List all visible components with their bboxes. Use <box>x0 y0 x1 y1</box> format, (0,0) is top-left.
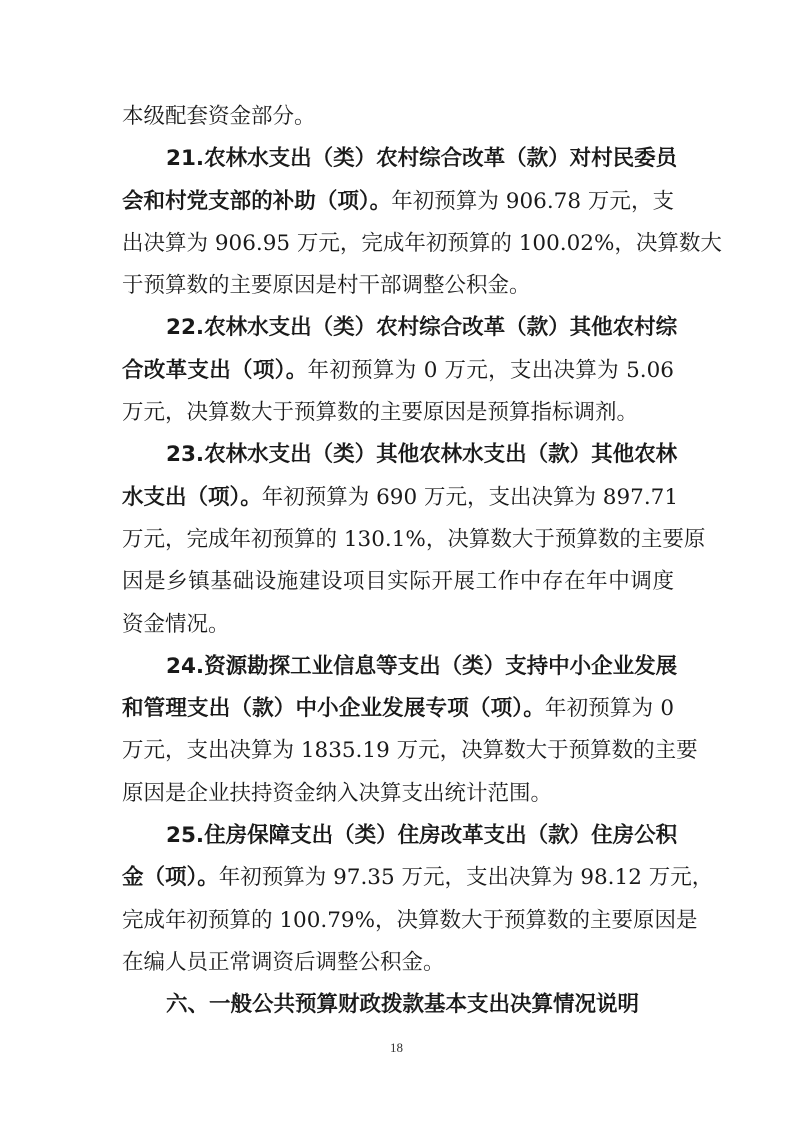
bold-heading: 和管理支出（款）中小企业发展专项（项）。 <box>122 696 545 721</box>
page-number: 18 <box>0 1040 793 1056</box>
item-25-title: 25.住房保障支出（类）住房改革支出（款）住房公积 <box>122 815 674 857</box>
text-line: 和管理支出（款）中小企业发展专项（项）。年初预算为 0 <box>122 688 674 730</box>
bold-heading: 合改革支出（项）。 <box>122 358 308 383</box>
text-line: 万元，完成年初预算的 130.1%，决算数大于预算数的主要原 <box>122 519 674 561</box>
bold-heading: 22.农林水支出（类）农村综合改革（款）其他农村综 <box>166 315 677 340</box>
bold-heading: 水支出（项）。 <box>122 485 262 510</box>
body-text: 年初预算为 0 <box>545 696 674 721</box>
text-line: 资金情况。 <box>122 604 674 646</box>
body-text: 年初预算为 0 万元，支出决算为 5.06 <box>308 358 674 383</box>
item-24-title: 24.资源勘探工业信息等支出（类）支持中小企业发展 <box>122 646 674 688</box>
bold-heading: 24.资源勘探工业信息等支出（类）支持中小企业发展 <box>166 654 677 679</box>
text-line: 金（项）。年初预算为 97.35 万元，支出决算为 98.12 万元， <box>122 857 674 899</box>
text-line: 出决算为 906.95 万元，完成年初预算的 100.02%，决算数大 <box>122 223 674 265</box>
body-text: 年初预算为 690 万元，支出决算为 897.71 <box>262 485 678 510</box>
text-line: 在编人员正常调资后调整公积金。 <box>122 942 674 984</box>
body-text: 年初预算为 97.35 万元，支出决算为 98.12 万元， <box>219 865 713 890</box>
item-21-title: 21.农林水支出（类）农村综合改革（款）对村民委员 <box>122 138 674 180</box>
text-line: 于预算数的主要原因是村干部调整公积金。 <box>122 265 674 307</box>
text-line: 会和村党支部的补助（项）。年初预算为 906.78 万元，支 <box>122 181 674 223</box>
bold-heading: 21.农林水支出（类）农村综合改革（款）对村民委员 <box>166 146 677 171</box>
text-line: 水支出（项）。年初预算为 690 万元，支出决算为 897.71 <box>122 477 674 519</box>
bold-heading: 23.农林水支出（类）其他农林水支出（款）其他农林 <box>166 442 677 467</box>
text-line: 因是乡镇基础设施建设项目实际开展工作中存在年中调度 <box>122 561 674 603</box>
text-line: 万元，决算数大于预算数的主要原因是预算指标调剂。 <box>122 392 674 434</box>
section-heading: 六、一般公共预算财政拨款基本支出决算情况说明 <box>122 984 674 1026</box>
document-page: 本级配套资金部分。 21.农林水支出（类）农村综合改革（款）对村民委员 会和村党… <box>122 96 674 1027</box>
text-line: 万元，支出决算为 1835.19 万元，决算数大于预算数的主要 <box>122 730 674 772</box>
bold-heading: 25.住房保障支出（类）住房改革支出（款）住房公积 <box>166 823 677 848</box>
item-23-title: 23.农林水支出（类）其他农林水支出（款）其他农林 <box>122 434 674 476</box>
bold-heading: 会和村党支部的补助（项）。 <box>122 189 391 214</box>
item-22-title: 22.农林水支出（类）农村综合改革（款）其他农村综 <box>122 307 674 349</box>
body-text: 年初预算为 906.78 万元，支 <box>391 189 674 214</box>
text-line: 合改革支出（项）。年初预算为 0 万元，支出决算为 5.06 <box>122 350 674 392</box>
text-line: 原因是企业扶持资金纳入决算支出统计范围。 <box>122 773 674 815</box>
text-line: 本级配套资金部分。 <box>122 96 674 138</box>
bold-heading: 金（项）。 <box>122 865 219 890</box>
text-line: 完成年初预算的 100.79%，决算数大于预算数的主要原因是 <box>122 900 674 942</box>
